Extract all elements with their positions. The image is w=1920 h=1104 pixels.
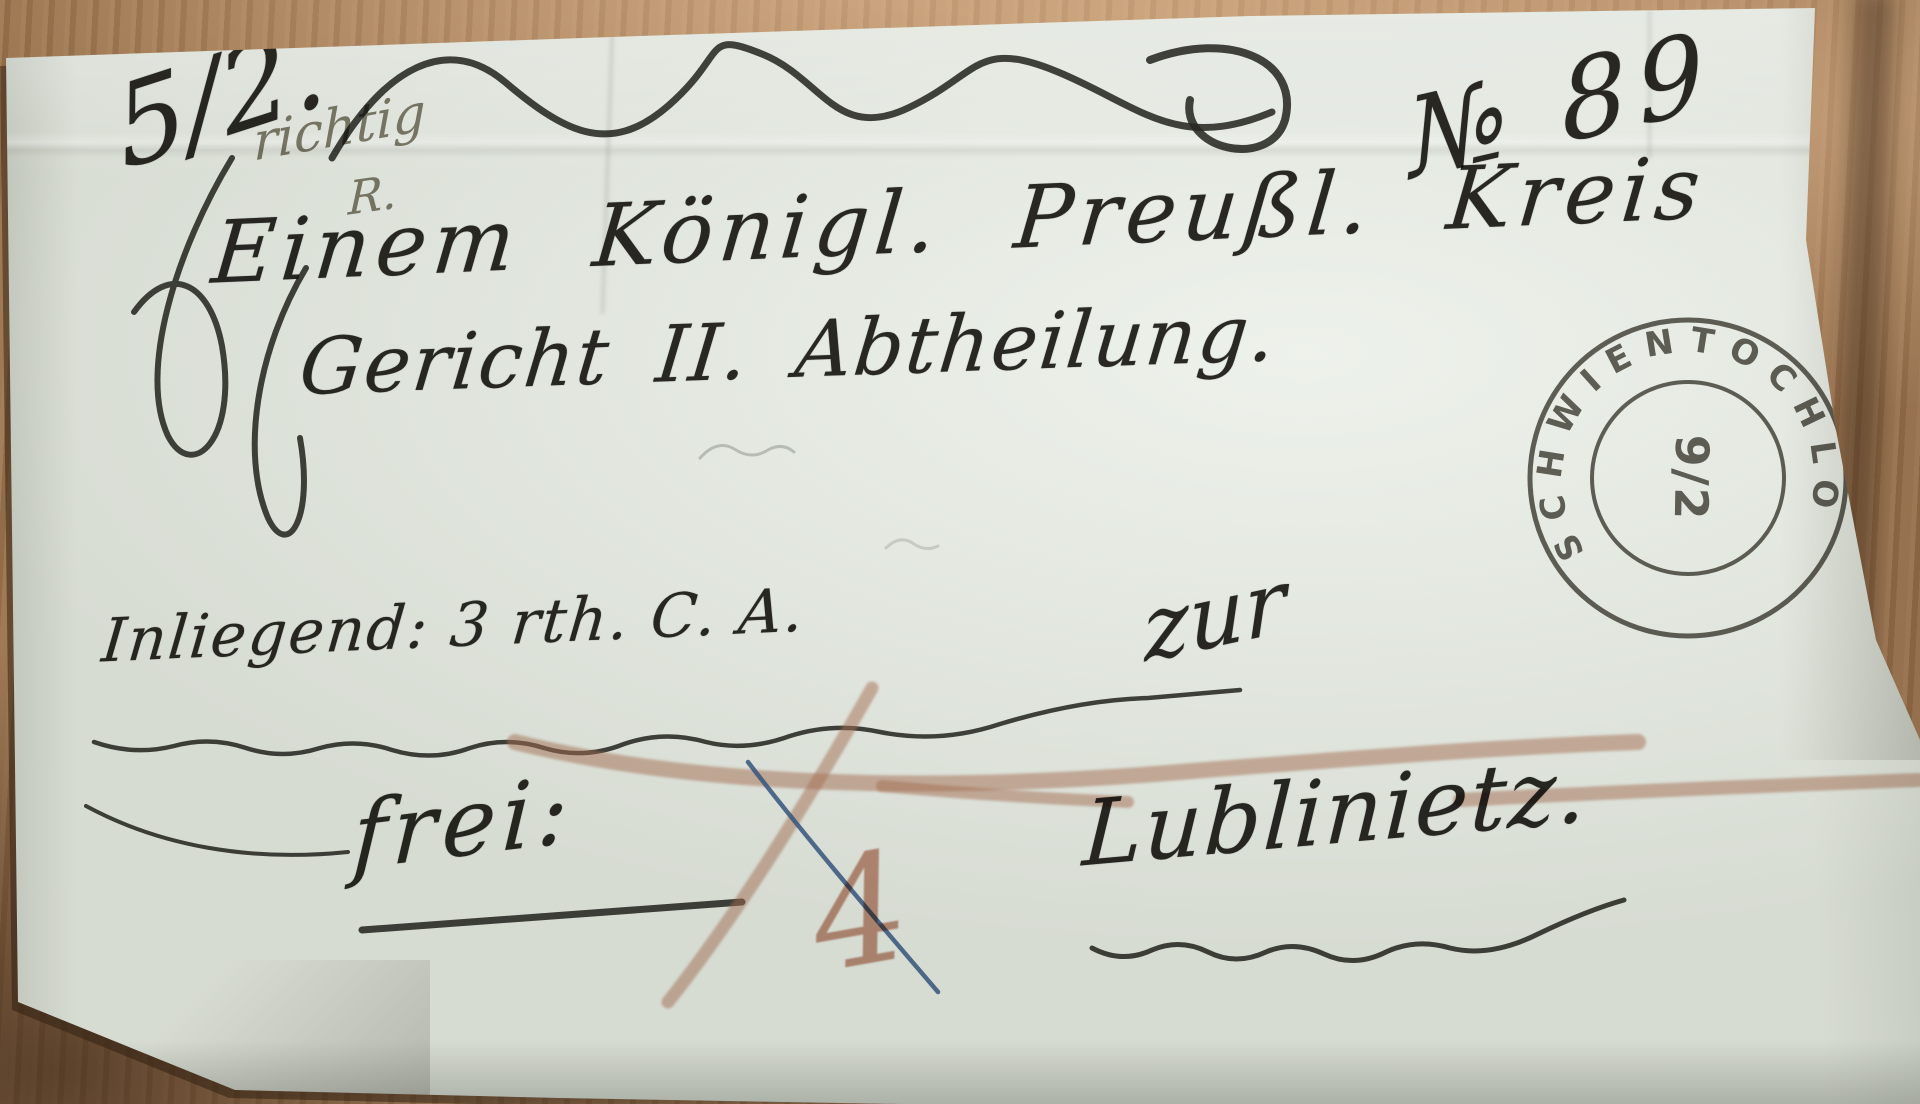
postmark-inner-ring (1582, 372, 1793, 583)
flourish-loop-top (1150, 48, 1287, 149)
destination-wavy-underline (1092, 900, 1624, 961)
enclosure-wavy-underline (94, 690, 1240, 756)
pencil-scribble (700, 446, 794, 459)
photo-of-historic-letter: 5/2. richtig R. № 89 Einem Königl. Preuß… (0, 0, 1920, 1104)
postmark-town-text: SCHWIENTOCHLOWITZ. (1514, 304, 1852, 569)
crayon-rate-numeral: 4 (800, 831, 920, 995)
address-line-1: Einem Königl. Preußl. Kreis (209, 145, 1710, 297)
pencil-scribble-small (886, 540, 938, 549)
flourish-scribble-top (332, 45, 1272, 158)
address-line-2: Gericht II. Abtheilung. (296, 295, 1281, 407)
postmark-stamp: SCHWIENTOCHLOWITZ. 9/2 (1514, 304, 1861, 651)
zur-note: zur (1142, 556, 1287, 675)
destination: Lublinietz. (1081, 746, 1591, 881)
enclosure-note: Inliegend: 3 rth. C. A. (99, 580, 808, 671)
envelope-paper: 5/2. richtig R. № 89 Einem Königl. Preuß… (0, 0, 1920, 1104)
frei-lead-stroke (86, 806, 348, 855)
postmark-outer-ring (1514, 304, 1861, 651)
frei-underline (362, 902, 742, 930)
postmark-date-text: 9/2 (1664, 434, 1720, 522)
franking-note: frei: (350, 764, 576, 884)
